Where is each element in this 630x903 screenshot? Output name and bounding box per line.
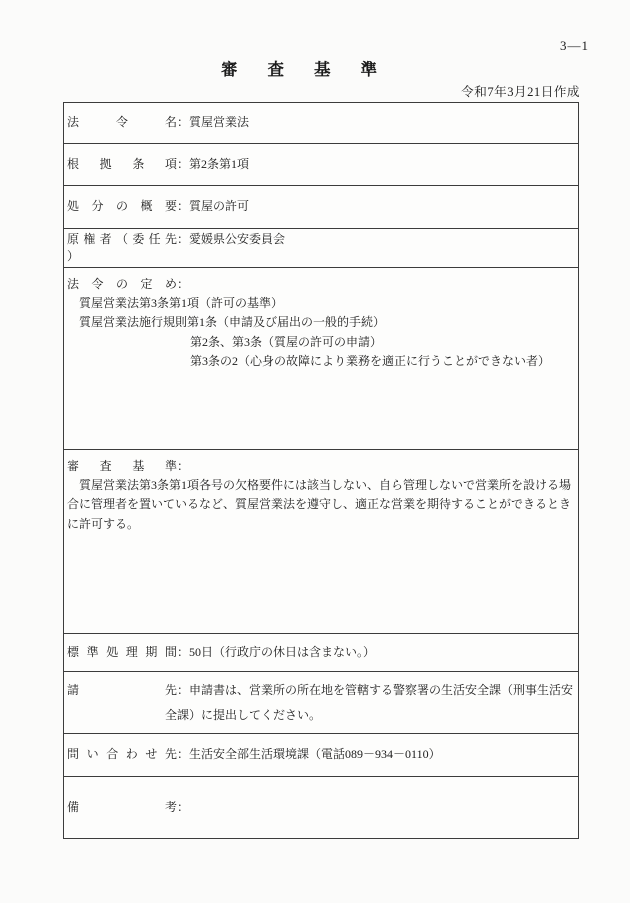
legal-provisions-heading: 法 令 の 定 め： [67, 275, 575, 294]
provision-line: 第2条、第3条（質屋の許可の申請） [67, 333, 575, 352]
legal-basis-value: 第2条第1項 [189, 157, 249, 171]
processing-period-label: 標 準 処 理 期 間 [67, 644, 177, 661]
row-law-name-content: 法 令 名：質屋営業法 [67, 114, 249, 131]
colon: ： [177, 199, 189, 213]
law-name-label: 法 令 名 [67, 114, 177, 131]
row-inquiry-contact-content: 問 い 合 わ せ 先：生活安全部生活環境課（電話089－934－0110） [67, 746, 441, 763]
row-legal-provisions: 法 令 の 定 め： 質屋営業法第3条第1項（許可の基準） 質屋営業法施行規則第… [64, 268, 578, 450]
application-destination-label: 申 請 先 [67, 678, 177, 703]
colon: ： [177, 800, 189, 814]
row-legal-basis-content: 根 拠 条 項：第2条第1項 [67, 156, 249, 173]
colon: ： [177, 232, 189, 246]
colon: ： [177, 645, 189, 659]
provision-line: 質屋営業法第3条第1項（許可の基準） [67, 294, 575, 313]
inquiry-contact-label: 問 い 合 わ せ 先 [67, 746, 177, 763]
application-destination-value: 申請書は、営業所の所在地を管轄する警察署の生活安全課（刑事生活安全課）に提出して… [165, 683, 573, 722]
examination-criteria-text: 質屋営業法第3条第1項各号の欠格要件には該当しない、自ら管理しないで営業所を設け… [67, 476, 575, 534]
examination-criteria-label: 審 査 基 準 [67, 457, 177, 476]
created-date: 令和7年3月21日作成 [461, 81, 580, 100]
provision-line: 質屋営業法施行規則第1条（申請及び届出の一般的手続） [67, 313, 575, 332]
row-remarks-content: 備 考： [67, 799, 189, 816]
colon: ： [177, 459, 189, 473]
row-original-authority-content: 原 権 者 （ 委 任 先 ）：愛媛県公安委員会 [67, 231, 285, 266]
inquiry-contact-value: 生活安全部生活環境課（電話089－934－0110） [189, 747, 441, 761]
authority-value: 愛媛県公安委員会 [189, 232, 285, 246]
row-examination-criteria: 審 査 基 準： 質屋営業法第3条第1項各号の欠格要件には該当しない、自ら管理し… [64, 450, 578, 634]
colon: ： [177, 277, 189, 291]
disposition-label: 処 分 の 概 要 [67, 198, 177, 215]
authority-label: 原 権 者 （ 委 任 先 ） [67, 231, 177, 266]
row-standard-processing-period: 標 準 処 理 期 間：50日（行政庁の休日は含まない。） [64, 634, 578, 672]
law-name-value: 質屋営業法 [189, 115, 249, 129]
examination-criteria-heading: 審 査 基 準： [67, 457, 575, 476]
legal-provisions-label: 法 令 の 定 め [67, 275, 177, 294]
row-standard-processing-period-content: 標 準 処 理 期 間：50日（行政庁の休日は含まない。） [67, 644, 375, 661]
colon: ： [177, 683, 189, 697]
remarks-label: 備 考 [67, 799, 177, 816]
row-application-destination: 申 請 先：申請書は、営業所の所在地を管轄する警察署の生活安全課（刑事生活安全課… [64, 672, 578, 734]
row-inquiry-contact: 問 い 合 わ せ 先：生活安全部生活環境課（電話089－934－0110） [64, 734, 578, 777]
row-legal-basis: 根 拠 条 項：第2条第1項 [64, 144, 578, 186]
colon: ： [177, 157, 189, 171]
row-law-name: 法 令 名：質屋営業法 [64, 103, 578, 144]
row-remarks: 備 考： [64, 777, 578, 838]
page-number: 3—1 [560, 38, 589, 54]
processing-period-value: 50日（行政庁の休日は含まない。） [189, 645, 375, 659]
document-title: 審査基準 [221, 56, 407, 80]
provision-line: 第3条の2（心身の故障により業務を適正に行うことができない者） [67, 352, 575, 371]
colon: ： [177, 115, 189, 129]
legal-basis-label: 根 拠 条 項 [67, 156, 177, 173]
document-page: 3—1 審査基準 令和7年3月21日作成 法 令 名：質屋営業法 根 拠 条 項… [0, 0, 630, 903]
row-original-authority: 原 権 者 （ 委 任 先 ）：愛媛県公安委員会 [64, 229, 578, 268]
row-disposition-summary-content: 処 分 の 概 要：質屋の許可 [67, 198, 249, 215]
disposition-value: 質屋の許可 [189, 199, 249, 213]
colon: ： [177, 747, 189, 761]
row-disposition-summary: 処 分 の 概 要：質屋の許可 [64, 186, 578, 229]
criteria-table: 法 令 名：質屋営業法 根 拠 条 項：第2条第1項 処 分 の 概 要：質屋の… [63, 102, 579, 839]
